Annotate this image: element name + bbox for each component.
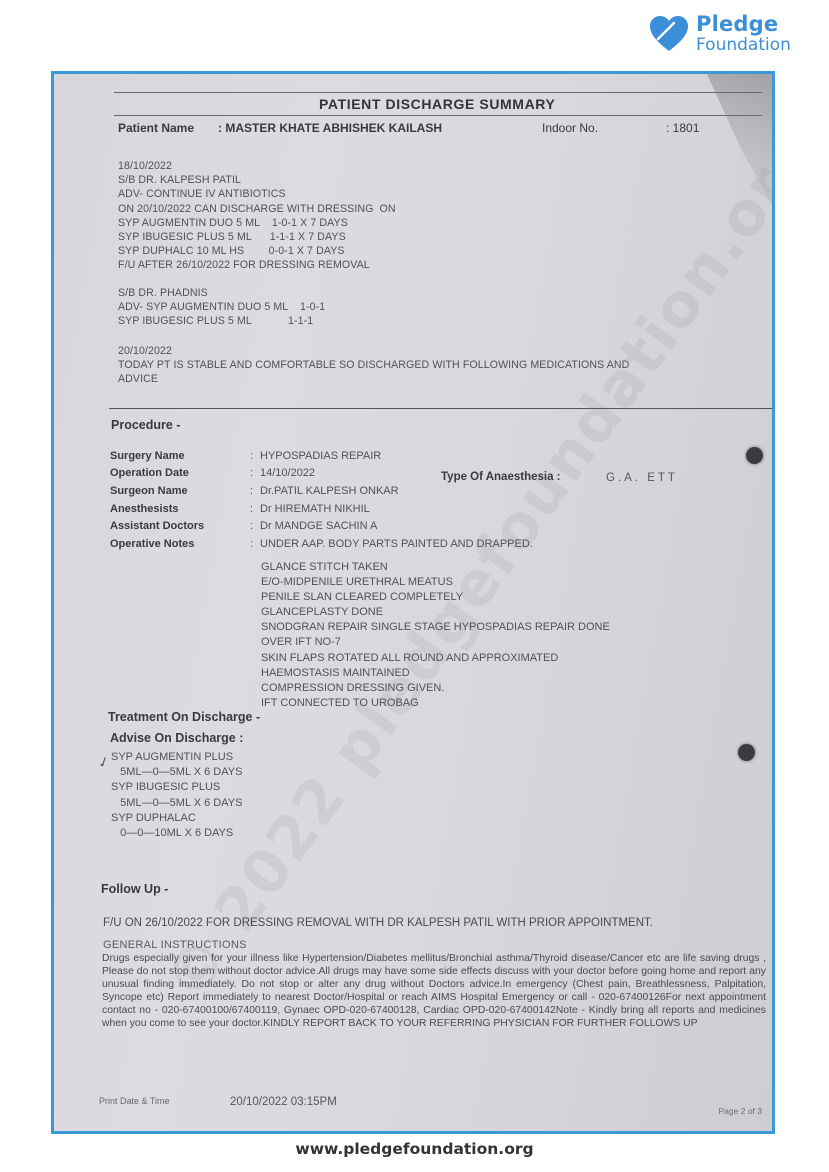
document-title: PATIENT DISCHARGE SUMMARY (319, 96, 555, 112)
title-bottom-rule (114, 115, 762, 116)
advise-medications: SYP AUGMENTIN PLUS 5ML—0—5ML X 6 DAYS SY… (111, 750, 242, 841)
title-top-rule (114, 92, 762, 93)
operative-note-line: E/O-MIDPENILE URETHRAL MEATUS (261, 575, 610, 590)
anaesthesia-value: G.A. ETT (606, 472, 678, 484)
operative-note-line: GLANCEPLASTY DONE (261, 605, 610, 620)
general-instructions-title: GENERAL INSTRUCTIONS (103, 939, 247, 951)
brand-name: Pledge (696, 14, 791, 35)
print-date-value: 20/10/2022 03:15PM (230, 1096, 337, 1108)
heart-icon (648, 15, 690, 53)
procedure-heading: Procedure - (111, 418, 180, 432)
procedure-row: Assistant Doctors : Dr MANDGE SACHIN A (110, 517, 533, 535)
follow-up-heading: Follow Up - (101, 882, 168, 896)
procedure-table: Surgery Name : HYPOSPADIAS REPAIR Operat… (110, 447, 533, 553)
operative-note-line: HAEMOSTASIS MAINTAINED (261, 666, 610, 681)
operative-note-line: IFT CONNECTED TO UROBAG (261, 696, 610, 711)
operative-note-line: GLANCE STITCH TAKEN (261, 560, 610, 575)
patient-name-label: Patient Name (118, 121, 194, 135)
discharge-summary-page: PATIENT DISCHARGE SUMMARY Patient Name :… (54, 74, 772, 1131)
progress-notes-1: 18/10/2022 S/B DR. KALPESH PATIL ADV- CO… (118, 159, 396, 273)
operative-note-line: COMPRESSION DRESSING GIVEN. (261, 681, 610, 696)
punch-hole (738, 744, 755, 761)
procedure-row: Anesthesists : Dr HIREMATH NIKHIL (110, 500, 533, 518)
procedure-row: Operative Notes : UNDER AAP. BODY PARTS … (110, 535, 533, 553)
brand-logo: Pledge Foundation (648, 14, 791, 54)
indoor-no-label: Indoor No. (542, 121, 598, 135)
handwritten-tick-icon: ✓ (95, 753, 112, 773)
punch-hole (746, 447, 763, 464)
advise-heading: Advise On Discharge : (110, 731, 243, 745)
patient-name-value: : MASTER KHATE ABHISHEK KAILASH (218, 121, 442, 135)
anaesthesia-label: Type Of Anaesthesia : (441, 471, 561, 483)
document-photo: © 2022 pledgefoundation.org PATIENT DISC… (51, 71, 775, 1134)
indoor-no-value: : 1801 (666, 121, 699, 135)
general-instructions-text: Drugs especially given for your illness … (102, 952, 766, 1031)
follow-up-text: F/U ON 26/10/2022 FOR DRESSING REMOVAL W… (103, 917, 653, 929)
operative-note-line: SKIN FLAPS ROTATED ALL ROUND AND APPROXI… (261, 651, 610, 666)
progress-notes-3: 20/10/2022 TODAY PT IS STABLE AND COMFOR… (118, 344, 629, 387)
operative-notes: GLANCE STITCH TAKENE/O-MIDPENILE URETHRA… (261, 560, 610, 711)
procedure-row: Surgery Name : HYPOSPADIAS REPAIR (110, 447, 533, 465)
operative-note-line: SNODGRAN REPAIR SINGLE STAGE HYPOSPADIAS… (261, 620, 610, 635)
treatment-heading: Treatment On Discharge - (108, 710, 260, 724)
page-number: Page 2 of 3 (719, 1106, 762, 1116)
brand-subtitle: Foundation (696, 37, 791, 54)
progress-notes-2: S/B DR. PHADNIS ADV- SYP AUGMENTIN DUO 5… (118, 286, 325, 329)
operative-note-line: PENILE SLAN CLEARED COMPLETELY (261, 590, 610, 605)
print-date-label: Print Date & Time (99, 1096, 170, 1106)
procedure-rule (109, 408, 772, 409)
operative-note-line: OVER IFT NO-7 (261, 635, 610, 650)
procedure-row: Surgeon Name : Dr.PATIL KALPESH ONKAR (110, 482, 533, 500)
footer-url[interactable]: www.pledgefoundation.org (0, 1140, 829, 1158)
